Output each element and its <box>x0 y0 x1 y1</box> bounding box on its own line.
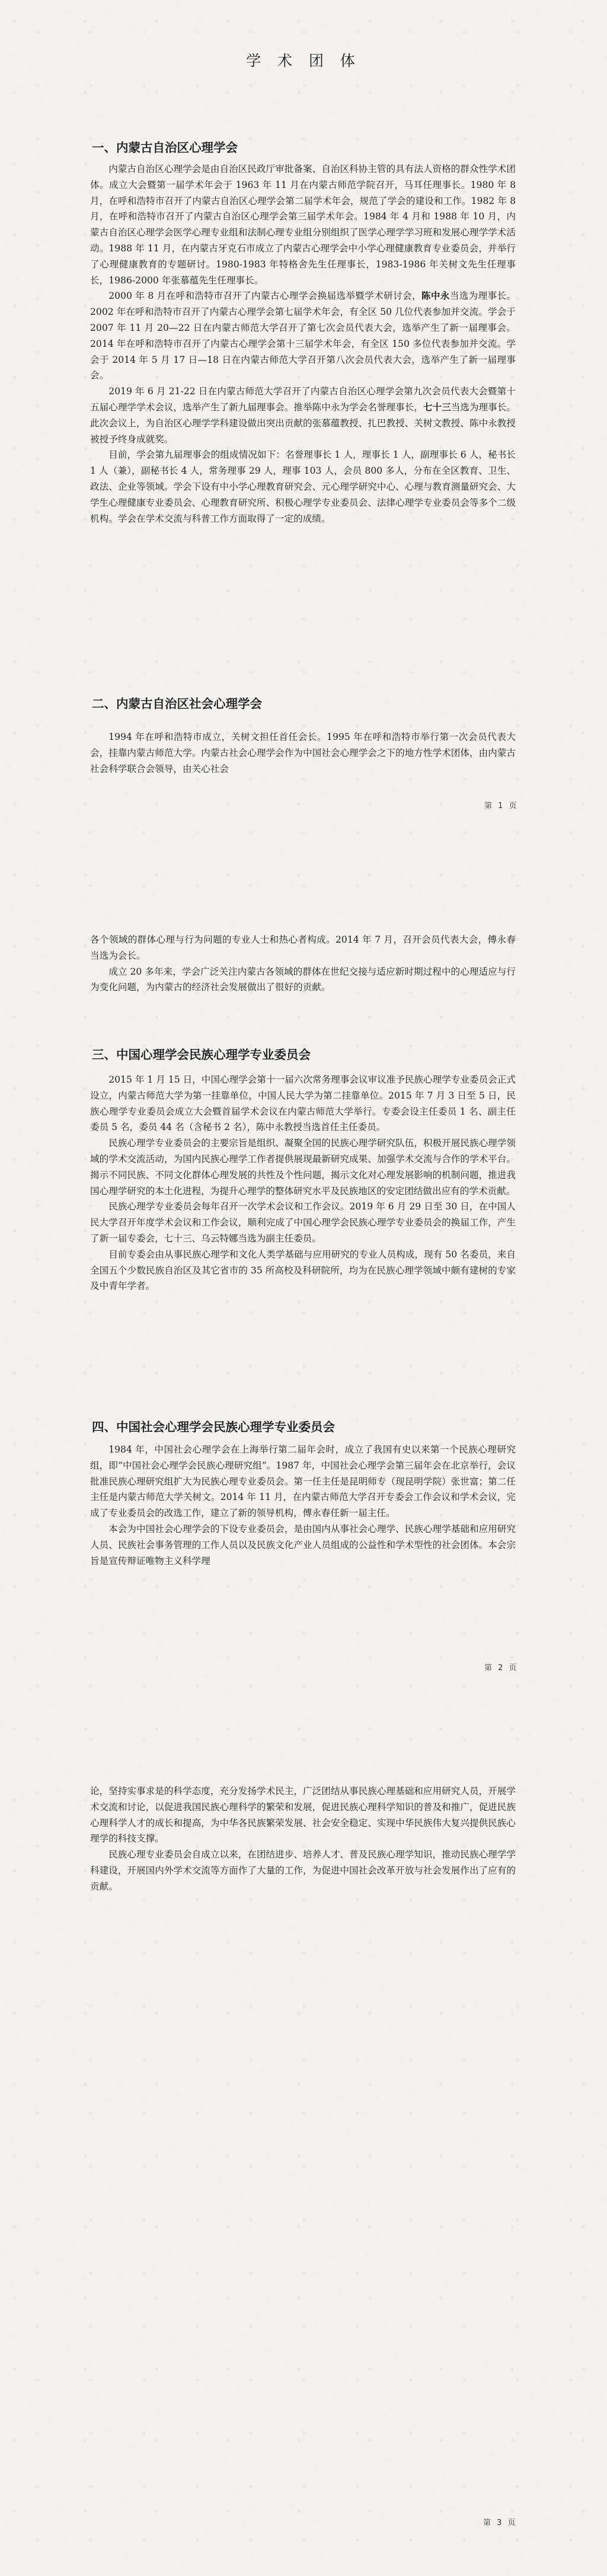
section-3-paragraph-3: 民族心理学专业委员会每年召开一次学术会议和工作会议。2019 年 6 月 29 … <box>90 1199 516 1246</box>
section-4-body-page-2: 1984 年，中国社会心理学会在上海举行第二届年会时，成立了我国有史以来第一个民… <box>90 1442 516 1569</box>
section-2-paragraph-1-start: 1994 年在呼和浩特市成立，关树文担任首任会长。1995 年在呼和浩特市举行第… <box>90 729 516 777</box>
section-1-paragraph-4: 目前，学会第九届理事会的组成情况如下：名誉理事长 1 人，理事长 1 人，副理事… <box>90 447 516 526</box>
section-3-body: 2015 年 1 月 15 日，中国心理学会第十一届六次常务理事会议审议准予民族… <box>90 1072 516 1294</box>
section-4-paragraph-1: 1984 年，中国社会心理学会在上海举行第二届年会时，成立了我国有史以来第一个民… <box>90 1442 516 1521</box>
page-title: 学 术 团 体 <box>0 49 607 71</box>
page-number-2: 第 2 页 <box>484 1661 519 1672</box>
section-4-paragraph-3: 民族心理专业委员会自成立以来，在团结进步、培养人才、普及民族心理学知识，推动民族… <box>90 1847 516 1894</box>
section-2-paragraph-2: 成立 20 多年来，学会广泛关注内蒙古各领域的群体在世纪交接与适应新时期过程中的… <box>90 964 516 996</box>
page-number-3: 第 3 页 <box>483 2516 517 2527</box>
section-2-paragraph-1-continued: 各个领域的群体心理与行为问题的专业人士和热心者构成。2014 年 7 月，召开会… <box>90 932 516 964</box>
section-4-body-page-3: 论，坚持实事求是的科学态度，充分发扬学术民主，广泛团结从事民族心理基础和应用研究… <box>90 1783 516 1895</box>
section-1-paragraph-1: 内蒙古自治区心理学会是由自治区民政厅审批备案、自治区科协主管的具有法人资格的群众… <box>90 161 516 288</box>
highlighted-name: 陈中永 <box>421 290 450 301</box>
section-3-paragraph-1: 2015 年 1 月 15 日，中国心理学会第十一届六次常务理事会议审议准予民族… <box>90 1072 516 1135</box>
section-2-body-page-1: 1994 年在呼和浩特市成立，关树文担任首任会长。1995 年在呼和浩特市举行第… <box>90 729 516 777</box>
section-4-paragraph-2-continued: 论，坚持实事求是的科学态度，充分发扬学术民主，广泛团结从事民族心理基础和应用研究… <box>90 1783 516 1847</box>
section-1-paragraph-2-lead: 2000 年 8 月在呼和浩特市召开了内蒙古心理学会换届选举暨学术研讨会， <box>108 291 421 301</box>
section-3-paragraph-2: 民族心理学专业委员会的主要宗旨是组织、凝聚全国的民族心理学研究队伍，积极开展民族… <box>90 1135 516 1199</box>
section-1-paragraph-2: 2000 年 8 月在呼和浩特市召开了内蒙古心理学会换届选举暨学术研讨会，陈中永… <box>90 288 516 384</box>
section-1-body: 内蒙古自治区心理学会是由自治区民政厅审批备案、自治区科协主管的具有法人资格的群众… <box>90 161 516 526</box>
section-heading-2: 二、内蒙古自治区社会心理学会 <box>92 694 262 711</box>
section-heading-1: 一、内蒙古自治区心理学会 <box>92 138 238 155</box>
section-3-paragraph-4: 目前专委会由从事民族心理学和文化人类学基础与应用研究的专业人员构成，现有 50 … <box>90 1247 516 1294</box>
page-number-1: 第 1 页 <box>484 799 519 810</box>
section-1-paragraph-2-rest: 当选为理事长。2002 年在呼和浩特市召开了内蒙古心理学会第七届学术年会，有全区… <box>90 291 516 381</box>
section-heading-3: 三、中国心理学会民族心理学专业委员会 <box>92 1045 311 1062</box>
section-4-paragraph-2-start: 本会为中国社会心理学会的下设专业委员会，是由国内从事社会心理学、民族心理学基础和… <box>90 1521 516 1569</box>
highlighted-name: 七十三 <box>423 401 451 413</box>
section-1-paragraph-3: 2019 年 6 月 21-22 日在内蒙古师范大学召开了内蒙古自治区心理学会第… <box>90 384 516 447</box>
section-2-body-page-2: 各个领域的群体心理与行为问题的专业人士和热心者构成。2014 年 7 月，召开会… <box>90 932 516 995</box>
section-heading-4: 四、中国社会心理学会民族心理学专业委员会 <box>92 1417 335 1435</box>
